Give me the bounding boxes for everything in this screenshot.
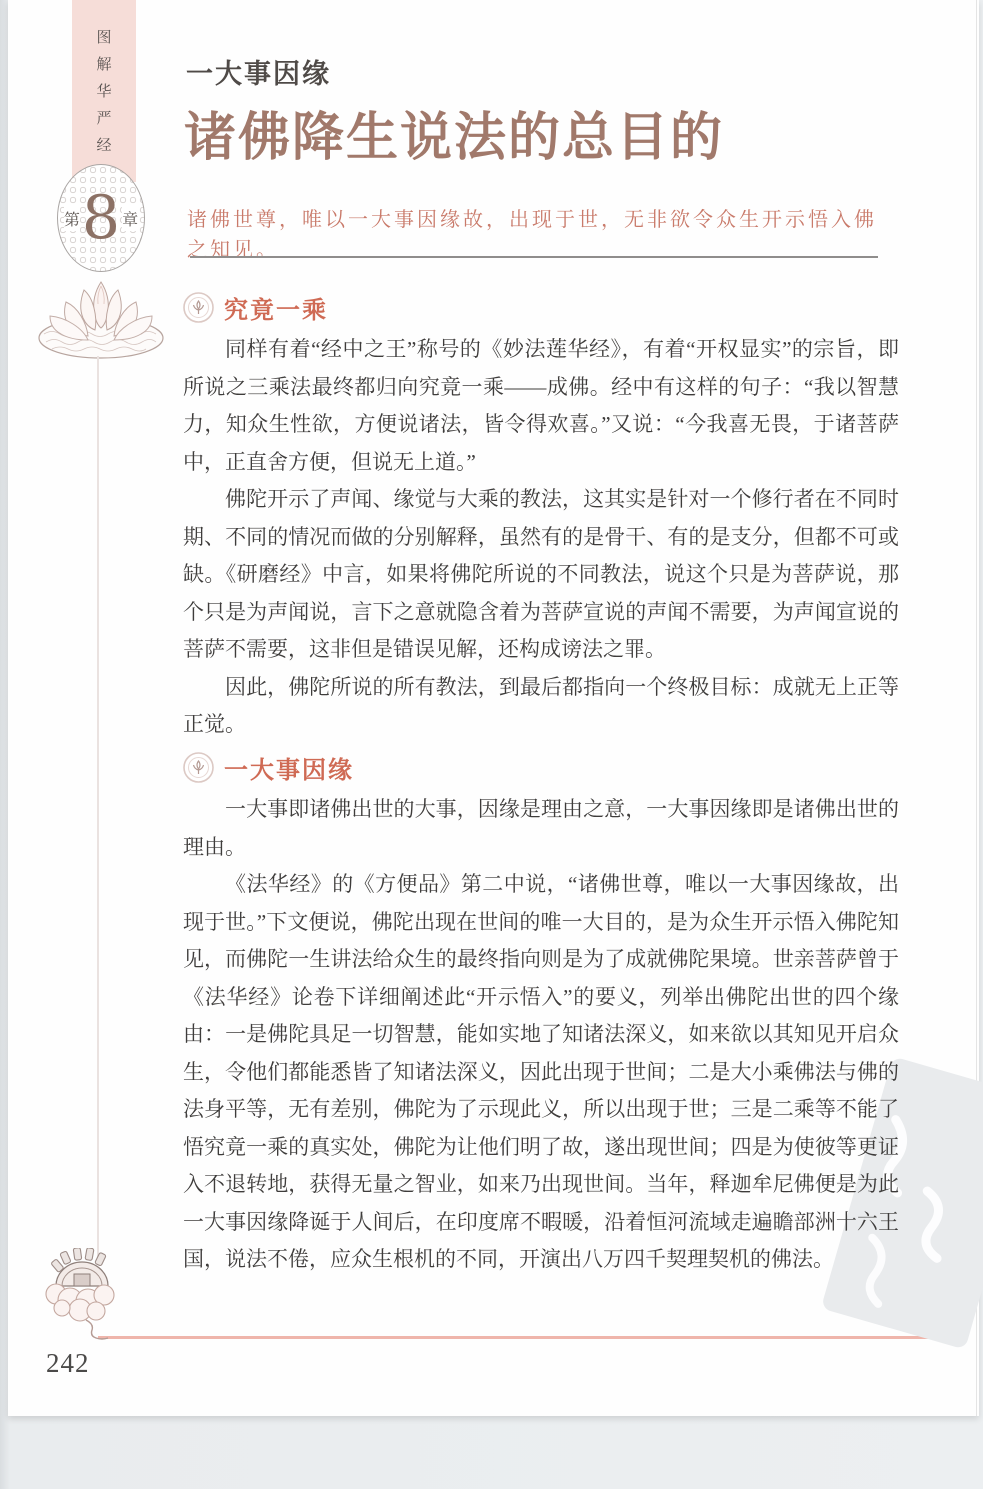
book-title-char: 图 (96, 30, 111, 45)
section-ultimate-one-vehicle: 究竟一乘 同样有着“经中之王”称号的《妙法莲华经》，有着“开权显实”的宗旨，即所… (183, 290, 899, 744)
sidebar-book-title-band: 图 解 华 严 经 (72, 0, 136, 182)
section-body: 一大事即诸佛出世的大事，因缘是理由之意，一大事因缘即是诸佛出世的理由。 《法华经… (183, 791, 899, 1279)
lotus-illustration (36, 272, 166, 360)
footer-divider (98, 1336, 936, 1339)
book-page: 图 解 华 严 经 第 8 章 一大事因缘 诸佛降生说法的总目的 诸佛世尊，唯以… (8, 0, 979, 1416)
paragraph: 因此，佛陀所说的所有教法，到最后都指向一个终极目标：成就无上正等正觉。 (183, 669, 899, 744)
chapter-number: 8 (82, 188, 120, 248)
section-heading: 究竟一乘 (224, 290, 328, 325)
book-title-char: 解 (96, 57, 111, 72)
book-title-char: 华 (96, 84, 111, 99)
section-heading: 一大事因缘 (224, 750, 354, 785)
paragraph: 同样有着“经中之王”称号的《妙法莲华经》，有着“开权显实”的宗旨，即所说之三乘法… (183, 331, 899, 481)
chapter-badge: 第 8 章 (57, 164, 145, 272)
section-one-great-cause: 一大事因缘 一大事即诸佛出世的大事，因缘是理由之意，一大事因缘即是诸佛出世的理由… (183, 750, 899, 1279)
chapter-eyebrow: 一大事因缘 (186, 52, 331, 91)
cloud-ornament-icon (38, 1248, 126, 1340)
header-divider (190, 256, 878, 258)
chapter-prefix: 第 (64, 206, 80, 231)
lotus-seal-icon (183, 752, 214, 783)
paragraph: 一大事即诸佛出世的大事，因缘是理由之意，一大事因缘即是诸佛出世的理由。 (183, 791, 899, 866)
chapter-suffix: 章 (122, 206, 138, 231)
book-title-char: 严 (96, 111, 111, 126)
lotus-seal-icon (183, 292, 214, 323)
book-title-char: 经 (96, 138, 111, 153)
section-body: 同样有着“经中之王”称号的《妙法莲华经》，有着“开权显实”的宗旨，即所说之三乘法… (183, 331, 899, 744)
sidebar-guide-line (97, 356, 99, 1258)
paragraph: 《法华经》的《方便品》第二中说，“诸佛世尊，唯以一大事因缘故，出现于世。”下文便… (183, 866, 899, 1279)
page-title: 诸佛降生说法的总目的 (184, 95, 724, 170)
paragraph: 佛陀开示了声闻、缘觉与大乘的教法，这其实是针对一个修行者在不同时期、不同的情况而… (183, 481, 899, 669)
page-number: 242 (46, 1348, 90, 1379)
